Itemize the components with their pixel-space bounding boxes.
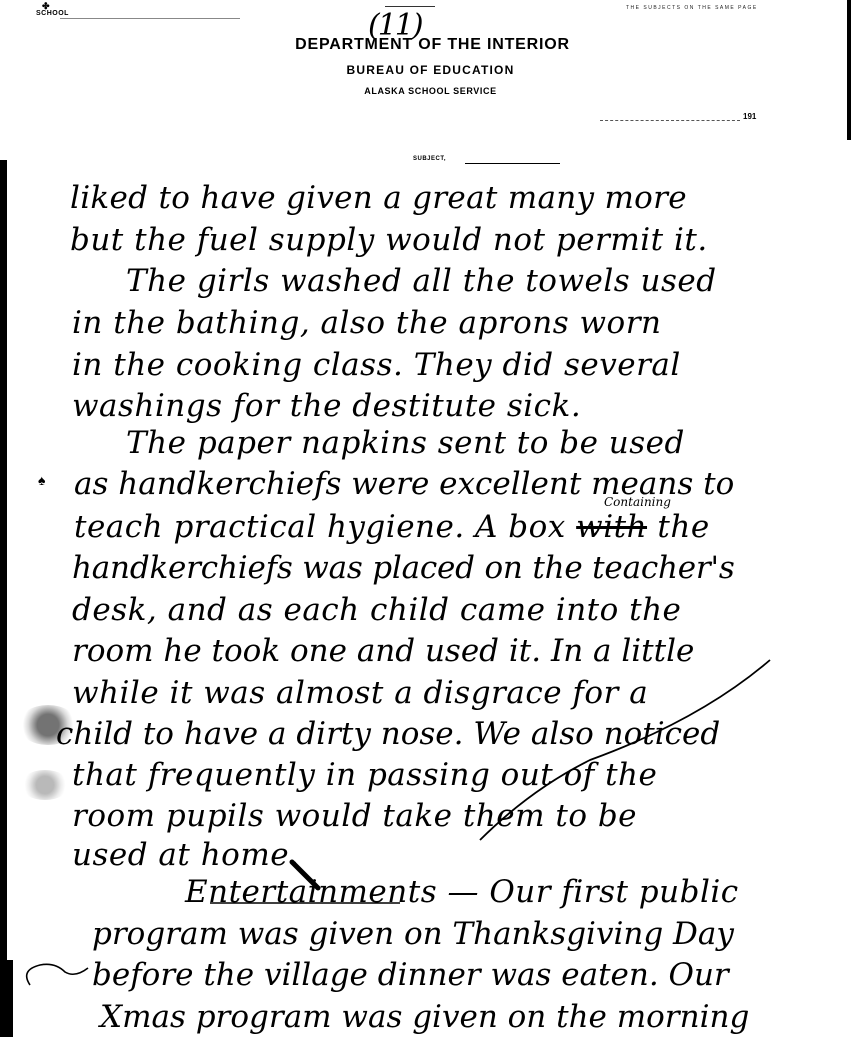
top-right-note: THE SUBJECTS ON THE SAME PAGE	[626, 5, 758, 11]
school-stamp: ✤ SCHOOL	[36, 2, 69, 18]
section-heading: Entertainments	[185, 874, 437, 910]
struck-word: with	[576, 509, 647, 545]
manuscript-line: handkerchiefs was placed on the teacher'…	[72, 550, 735, 586]
manuscript-line: in the bathing, also the aprons worn	[72, 305, 662, 341]
date-line	[600, 120, 740, 121]
header-rule-left	[60, 18, 240, 19]
manuscript-line: The girls washed all the towels used	[126, 263, 717, 299]
school-stamp-label: SCHOOL	[36, 10, 69, 17]
department-title: DEPARTMENT OF THE INTERIOR	[0, 36, 851, 54]
manuscript-line: teach practical hygiene. A box	[74, 509, 566, 545]
manuscript-line: but the fuel supply would not permit it.	[70, 222, 708, 258]
subject-line	[465, 163, 560, 164]
scan-speckle	[20, 770, 70, 800]
bureau-title: BUREAU OF EDUCATION	[0, 63, 851, 77]
manuscript-line: used at home.	[72, 837, 299, 873]
manuscript-line: washings for the destitute sick.	[72, 388, 581, 424]
header-rule-center	[385, 6, 435, 7]
manuscript-line: Xmas program was given on the morning	[100, 999, 749, 1035]
manuscript-line: — Our first public	[447, 874, 738, 910]
scan-speckle	[18, 705, 78, 745]
manuscript-line: while it was almost a disgrace for a	[72, 675, 648, 711]
school-emblem-icon: ✤	[42, 2, 69, 10]
scan-edge-left	[0, 160, 7, 1037]
margin-hook-mark	[27, 964, 88, 985]
manuscript-line: in the cooking class. They did several	[72, 347, 681, 383]
subject-label: SUBJECT,	[413, 156, 446, 162]
manuscript-line: desk, and as each child came into the	[72, 592, 681, 628]
after-insert-word: the	[657, 509, 709, 545]
year-prefix: 191	[743, 112, 756, 121]
scan-edge-left-bottom	[0, 960, 22, 1037]
manuscript-line: that frequently in passing out of the	[72, 757, 657, 793]
document-page: ✤ SCHOOL THE SUBJECTS ON THE SAME PAGE (…	[0, 0, 851, 1037]
manuscript-line: room he took one and used it. In a littl…	[72, 633, 694, 669]
manuscript-line: child to have a dirty nose. We also noti…	[56, 716, 720, 752]
inserted-word: Containing	[604, 495, 671, 509]
section-heading-line: Entertainments — Our first public	[185, 874, 739, 910]
margin-bullet-icon: ♠	[38, 472, 45, 488]
manuscript-line: The paper napkins sent to be used	[126, 425, 685, 461]
service-title: ALASKA SCHOOL SERVICE	[0, 86, 851, 96]
manuscript-line: before the village dinner was eaten. Our	[92, 957, 729, 993]
manuscript-line: liked to have given a great many more	[70, 180, 687, 216]
manuscript-line-with-edit: teach practical hygiene. A box with the	[74, 509, 710, 545]
manuscript-line: program was given on Thanksgiving Day	[92, 916, 734, 952]
manuscript-line: room pupils would take them to be	[72, 798, 637, 834]
